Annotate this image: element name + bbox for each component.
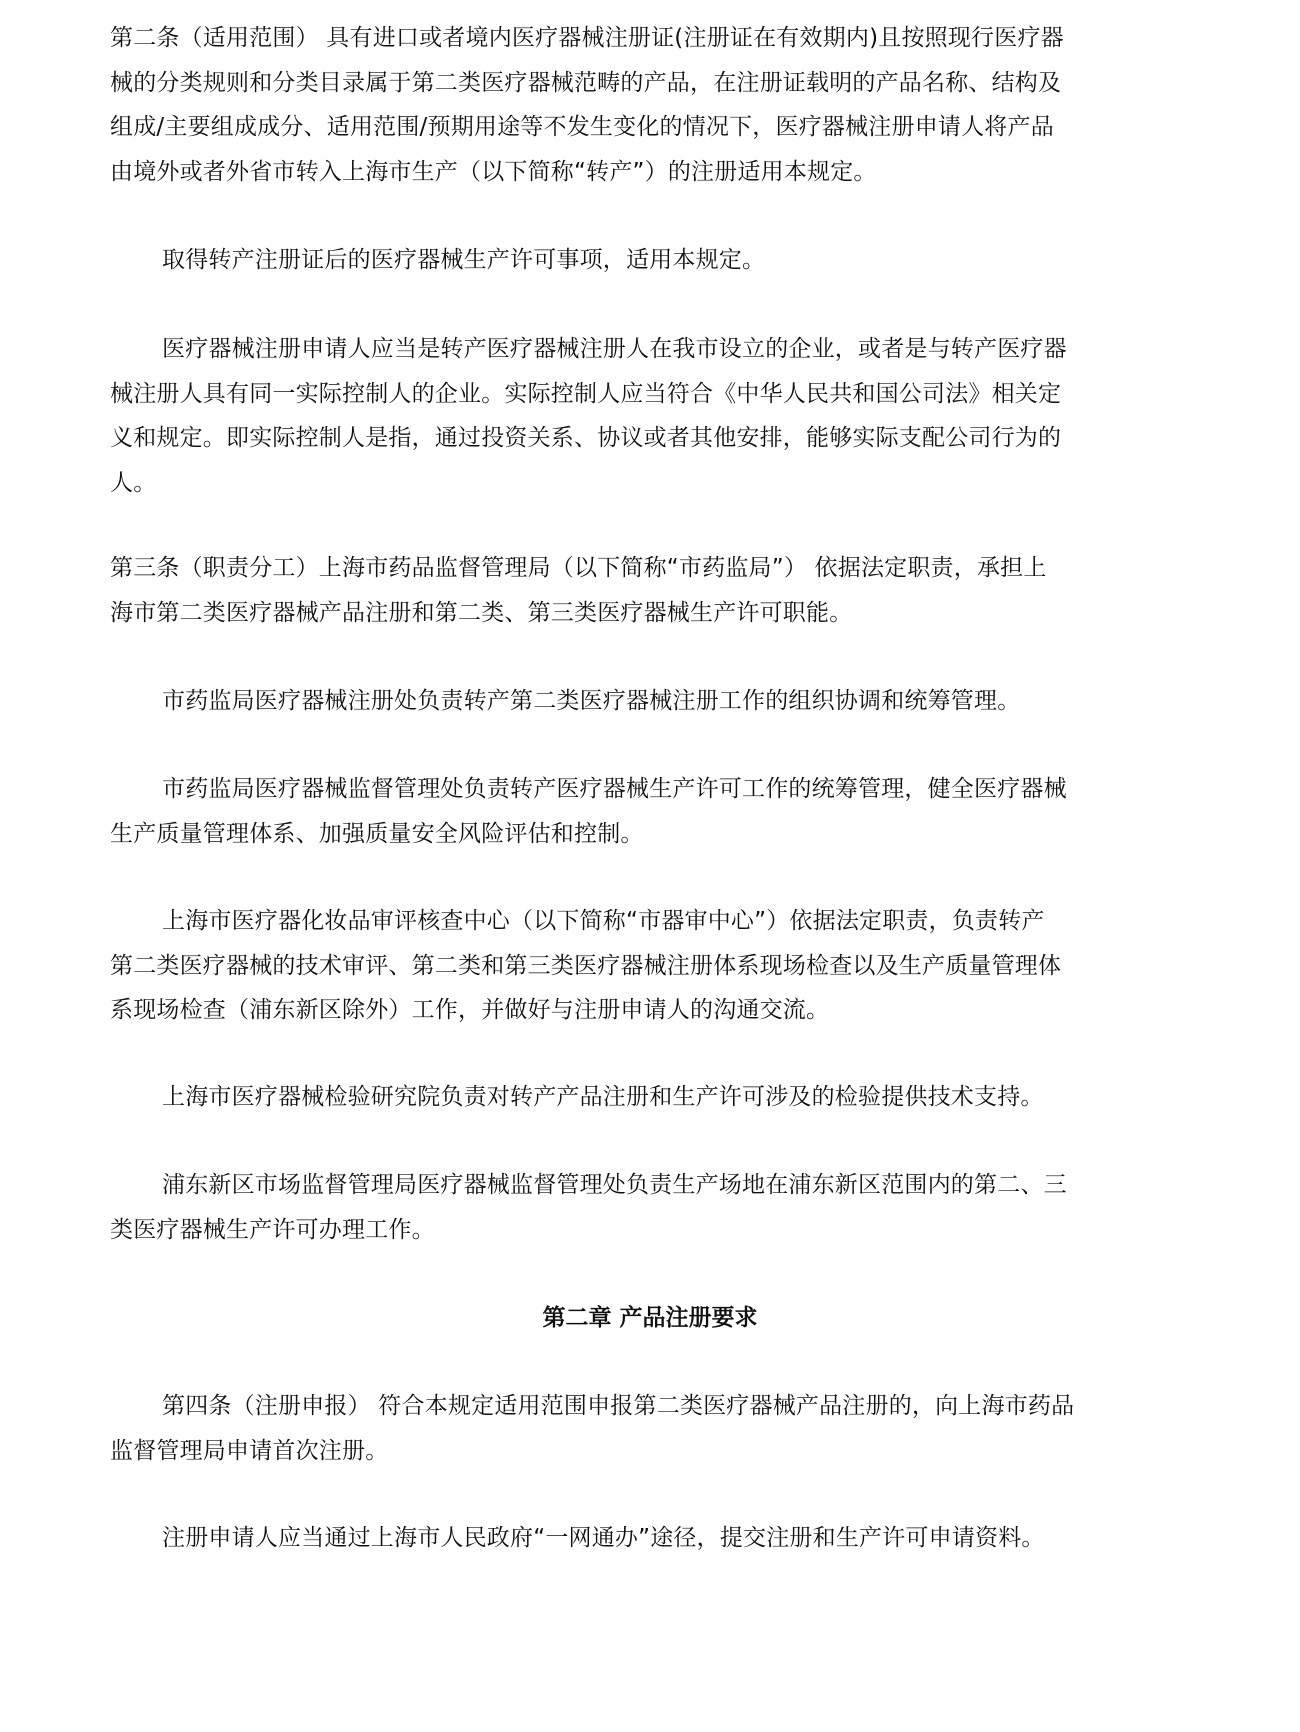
paragraph-article-3-registration-dept: 市药监局医疗器械注册处负责转产第二类医疗器械注册工作的组织协调和统筹管理。 — [110, 679, 1190, 724]
paragraph-article-3-testing-institute: 上海市医疗器械检验研究院负责对转产产品注册和生产许可涉及的检验提供技术支持。 — [110, 1075, 1190, 1120]
text-line: 义和规定。即实际控制人是指，通过投资关系、协议或者其他安排，能够实际支配公司行为… — [110, 416, 1190, 461]
document-page: 第二条（适用范围） 具有进口或者境内医疗器械注册证(注册证在有效期内)且按照现行… — [0, 0, 1300, 1732]
text-line: 注册申请人应当通过上海市人民政府“一网通办”途径，提交注册和生产许可申请资料。 — [110, 1516, 1190, 1561]
text-line: 上海市医疗器械检验研究院负责对转产产品注册和生产许可涉及的检验提供技术支持。 — [110, 1075, 1190, 1120]
text-line: 由境外或者外省市转入上海市生产（以下简称“转产”）的注册适用本规定。 — [110, 150, 1190, 195]
paragraph-article-2-scope-license: 取得转产注册证后的医疗器械生产许可事项，适用本规定。 — [110, 238, 1190, 283]
text-line: 第四条（注册申报） 符合本规定适用范围申报第二类医疗器械产品注册的，向上海市药品 — [110, 1384, 1190, 1429]
text-line: 市药监局医疗器械监督管理处负责转产医疗器械生产许可工作的统筹管理，健全医疗器械 — [110, 767, 1190, 812]
text-line: 组成/主要组成成分、适用范围/预期用途等不发生变化的情况下，医疗器械注册申请人将… — [110, 105, 1190, 150]
text-line: 上海市医疗器化妆品审评核查中心（以下简称“市器审中心”）依据法定职责，负责转产 — [110, 899, 1190, 944]
paragraph-article-3: 第三条（职责分工）上海市药品监督管理局（以下简称“市药监局”） 依据法定职责，承… — [110, 546, 1190, 635]
text-line: 系现场检查（浦东新区除外）工作，并做好与注册申请人的沟通交流。 — [110, 988, 1190, 1033]
paragraph-article-2: 第二条（适用范围） 具有进口或者境内医疗器械注册证(注册证在有效期内)且按照现行… — [110, 16, 1190, 194]
chapter-heading: 第二章 产品注册要求 — [0, 1296, 1300, 1340]
text-line: 第二条（适用范围） 具有进口或者境内医疗器械注册证(注册证在有效期内)且按照现行… — [110, 16, 1190, 61]
text-line: 生产质量管理体系、加强质量安全风险评估和控制。 — [110, 812, 1190, 857]
paragraph-article-3-supervision-dept: 市药监局医疗器械监督管理处负责转产医疗器械生产许可工作的统筹管理，健全医疗器械 … — [110, 767, 1190, 856]
paragraph-article-3-pudong: 浦东新区市场监督管理局医疗器械监督管理处负责生产场地在浦东新区范围内的第二、三 … — [110, 1163, 1190, 1252]
text-line: 监督管理局申请首次注册。 — [110, 1429, 1190, 1474]
paragraph-article-4: 第四条（注册申报） 符合本规定适用范围申报第二类医疗器械产品注册的，向上海市药品… — [110, 1384, 1190, 1473]
paragraph-article-4-submission: 注册申请人应当通过上海市人民政府“一网通办”途径，提交注册和生产许可申请资料。 — [110, 1516, 1190, 1561]
text-line: 医疗器械注册申请人应当是转产医疗器械注册人在我市设立的企业，或者是与转产医疗器 — [110, 327, 1190, 372]
text-line: 械注册人具有同一实际控制人的企业。实际控制人应当符合《中华人民共和国公司法》相关… — [110, 372, 1190, 417]
text-line: 械的分类规则和分类目录属于第二类医疗器械范畴的产品，在注册证载明的产品名称、结构… — [110, 61, 1190, 106]
text-line: 海市第二类医疗器械产品注册和第二类、第三类医疗器械生产许可职能。 — [110, 591, 1190, 636]
text-line: 人。 — [110, 461, 1190, 506]
text-line: 第二类医疗器械的技术审评、第二类和第三类医疗器械注册体系现场检查以及生产质量管理… — [110, 944, 1190, 989]
text-line: 第三条（职责分工）上海市药品监督管理局（以下简称“市药监局”） 依据法定职责，承… — [110, 546, 1190, 591]
paragraph-article-3-review-center: 上海市医疗器化妆品审评核查中心（以下简称“市器审中心”）依据法定职责，负责转产 … — [110, 899, 1190, 1033]
text-line: 类医疗器械生产许可办理工作。 — [110, 1208, 1190, 1253]
text-line: 市药监局医疗器械注册处负责转产第二类医疗器械注册工作的组织协调和统筹管理。 — [110, 679, 1190, 724]
text-line: 浦东新区市场监督管理局医疗器械监督管理处负责生产场地在浦东新区范围内的第二、三 — [110, 1163, 1190, 1208]
text-line: 取得转产注册证后的医疗器械生产许可事项，适用本规定。 — [110, 238, 1190, 283]
paragraph-article-2-applicant: 医疗器械注册申请人应当是转产医疗器械注册人在我市设立的企业，或者是与转产医疗器 … — [110, 327, 1190, 505]
